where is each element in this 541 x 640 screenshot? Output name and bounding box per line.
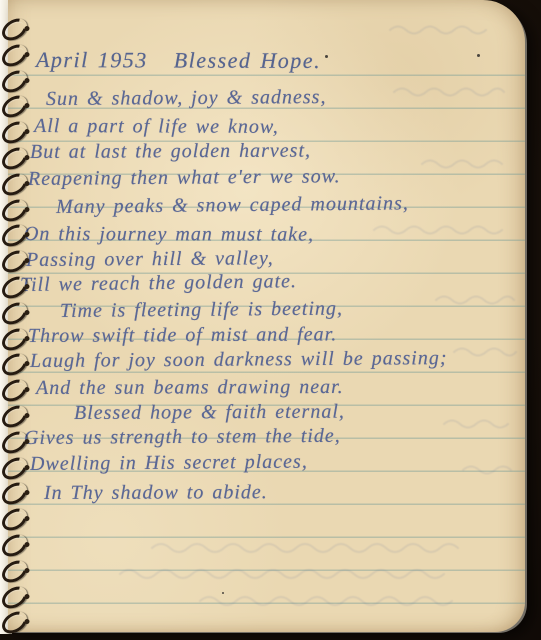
spiral-binding [0, 0, 34, 640]
binding-coil [0, 221, 31, 252]
poem-line: Passing over hill & valley, [26, 247, 274, 271]
binding-coil [0, 350, 31, 381]
poem-line: Throw swift tide of mist and fear. [28, 323, 337, 347]
binding-coil [0, 324, 31, 355]
poem-line: Gives us strength to stem the tide, [24, 425, 341, 449]
binding-coil [0, 556, 31, 587]
poem-line: Many peaks & snow caped mountains, [56, 192, 409, 218]
binding-coil [0, 479, 31, 510]
binding-coil [0, 582, 31, 613]
entry-date: April 1953 [36, 47, 148, 72]
paper-speck [325, 55, 328, 58]
poem-line: Till we reach the golden gate. [20, 270, 297, 296]
poem-title: Blessed Hope. [174, 47, 321, 73]
binding-coil [0, 92, 31, 123]
poem-line: But at last the golden harvest, [30, 140, 311, 163]
poem-line: In Thy shadow to abide. [44, 481, 268, 504]
binding-coil [0, 298, 31, 329]
poem-line: And the sun beams drawing near. [36, 376, 344, 399]
binding-coil [0, 427, 31, 458]
photo-background: April 1953Blessed Hope. Sun & shadow, jo… [0, 0, 541, 640]
poem-line: Blessed hope & faith eternal, [74, 401, 345, 424]
binding-coil [0, 272, 31, 303]
poem-line: Dwelling in His secret places, [30, 451, 308, 475]
binding-coil [0, 169, 31, 200]
binding-coil [0, 14, 31, 45]
binding-coil [0, 453, 31, 484]
binding-coil [0, 401, 31, 432]
binding-coil [0, 246, 31, 277]
poem-line: On this journey man must take, [24, 223, 314, 246]
poem-line: Reapening then what e'er we sow. [28, 165, 341, 190]
binding-coil [0, 504, 31, 535]
binding-coil [0, 530, 31, 561]
binding-coil [0, 375, 31, 406]
binding-coil [0, 117, 31, 148]
poem-heading: April 1953Blessed Hope. [36, 48, 321, 73]
binding-coil [0, 66, 31, 97]
binding-coil [0, 608, 31, 639]
poem-line: All a part of life we know, [34, 115, 279, 138]
paper-speck [477, 54, 480, 57]
binding-coil [0, 143, 31, 174]
binding-coil [0, 40, 31, 71]
notebook-page: April 1953Blessed Hope. Sun & shadow, jo… [8, 0, 525, 632]
poem-line: Time is fleeting life is beeting, [60, 298, 343, 322]
poem-line: Laugh for joy soon darkness will be pass… [30, 347, 448, 372]
paper-speck [222, 592, 224, 594]
binding-coil [0, 195, 31, 226]
poem-line: Sun & shadow, joy & sadness, [46, 86, 327, 110]
